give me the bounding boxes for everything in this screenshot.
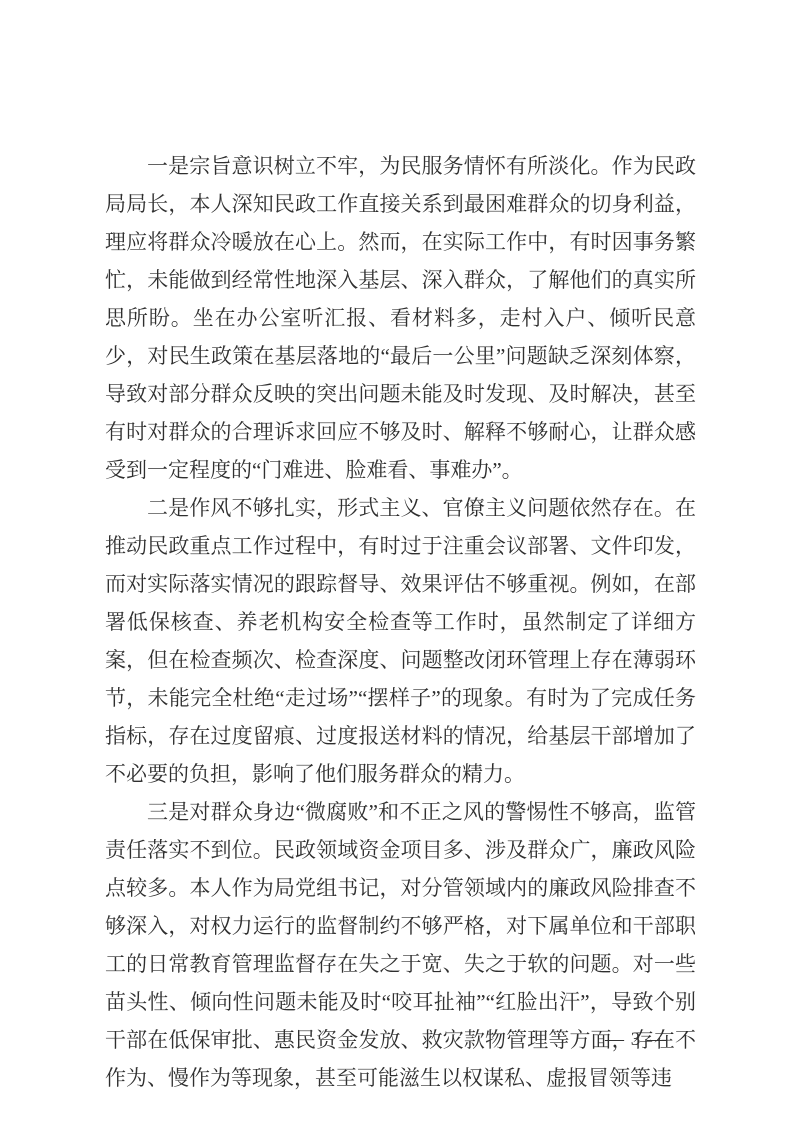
body-paragraph-2: 二是作风不够扎实，形式主义、官僚主义问题依然存在。在推动民政重点工作过程中，有时… — [105, 489, 696, 793]
document-body: 一是宗旨意识树立不牢，为民服务情怀有所淡化。作为民政局局长，本人深知民政工作直接… — [105, 147, 696, 1097]
document-page: 一是宗旨意识树立不牢，为民服务情怀有所淡化。作为民政局局长，本人深知民政工作直接… — [0, 0, 793, 1122]
page-number: — 3 — — [576, 1028, 696, 1052]
body-paragraph-1: 一是宗旨意识树立不牢，为民服务情怀有所淡化。作为民政局局长，本人深知民政工作直接… — [105, 147, 696, 489]
